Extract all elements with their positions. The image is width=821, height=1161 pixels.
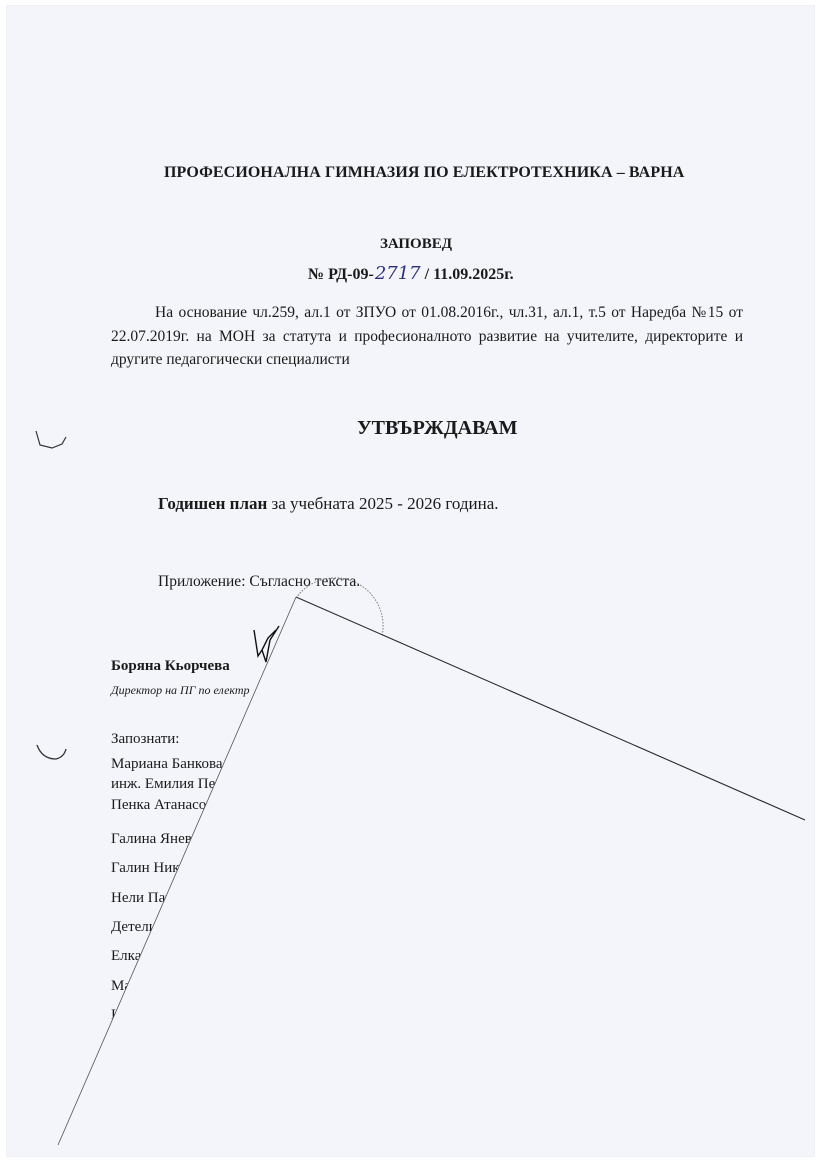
overlapping-sheet <box>0 0 821 1161</box>
